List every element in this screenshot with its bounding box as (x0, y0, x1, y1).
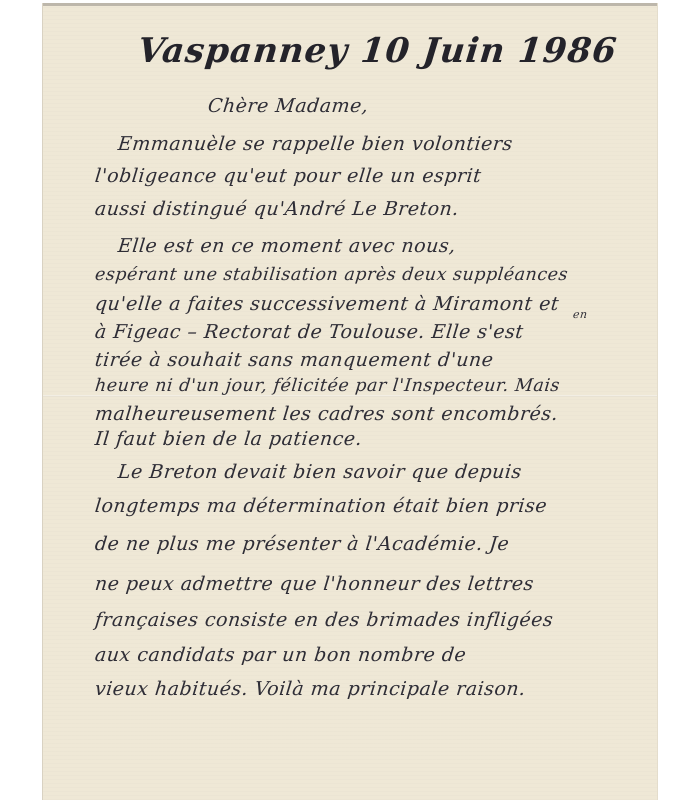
letter-line-10: malheureusement les cadres sont encombré… (94, 403, 559, 425)
letter-line-1: Emmanuèle se rappelle bien volontiers (117, 133, 514, 155)
letter-line-15: ne peux admettre que l'honneur des lettr… (94, 573, 535, 595)
letter-line-4: Elle est en ce moment avec nous, (117, 235, 457, 257)
letter-line-18: vieux habitués. Voilà ma principale rais… (94, 678, 527, 700)
letter-line-5: espérant une stabilisation après deux su… (94, 265, 569, 285)
letter-line-9: heure ni d'un jour, félicitée par l'Insp… (94, 376, 561, 396)
letter-line-6: qu'elle a faites successivement à Miramo… (94, 293, 560, 315)
letter-line-14: de ne plus me présenter à l'Académie. Je (94, 533, 511, 555)
letter-line-16: françaises consiste en des brimades infl… (94, 609, 555, 631)
letter-line-3: aussi distingué qu'André Le Breton. (94, 198, 460, 220)
letter-paper: Vaspanney 10 Juin 1986 Chère Madame, Emm… (43, 3, 657, 800)
letter-heading-place-date: Vaspanney 10 Juin 1986 (136, 31, 619, 71)
interlinear-insertion: en (572, 308, 588, 321)
letter-line-2: l'obligeance qu'eut pour elle un esprit (94, 165, 483, 187)
letter-line-8: tirée à souhait sans manquement d'une (94, 349, 495, 371)
letter-line-7: à Figeac – Rectorat de Toulouse. Elle s'… (94, 321, 525, 343)
letter-line-11: Il faut bien de la patience. (94, 428, 363, 450)
letter-line-13: longtemps ma détermination était bien pr… (94, 495, 548, 517)
letter-salutation: Chère Madame, (207, 95, 370, 117)
letter-line-12: Le Breton devait bien savoir que depuis (117, 461, 523, 483)
letter-line-17: aux candidats par un bon nombre de (94, 644, 468, 666)
